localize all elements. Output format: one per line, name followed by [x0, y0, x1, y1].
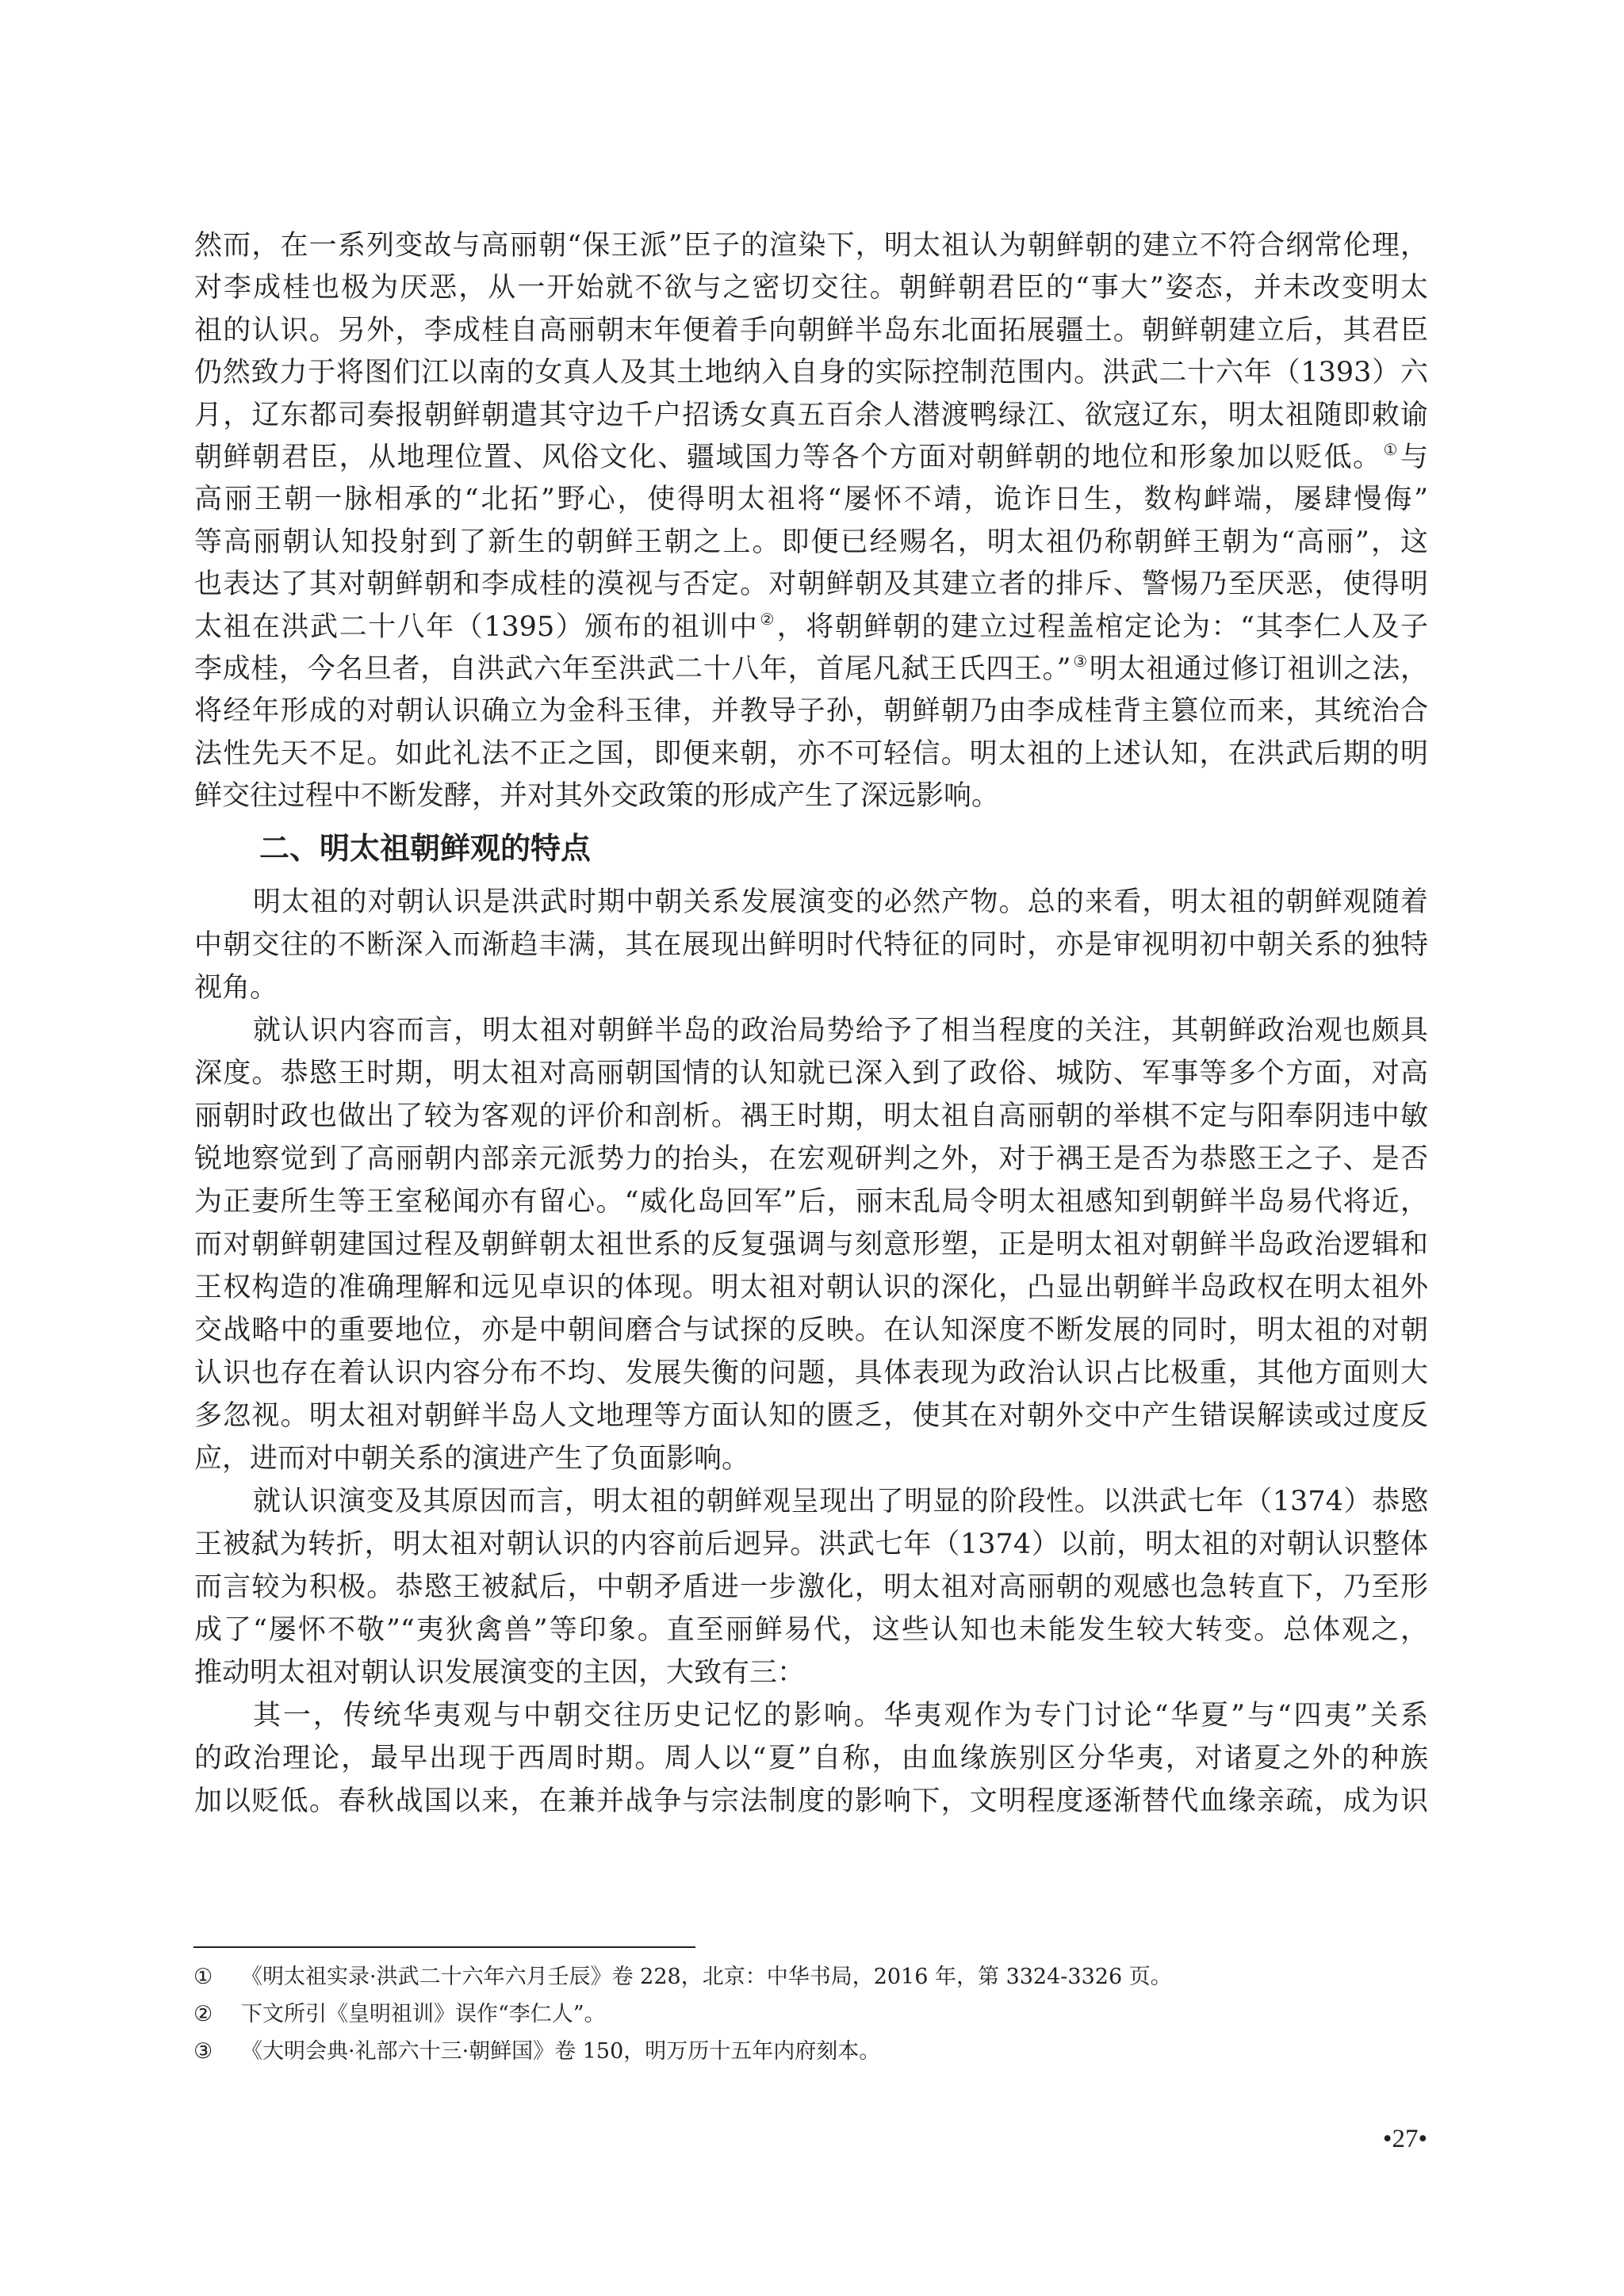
footnote-2: ② 下文所引《皇明祖训》误作“李仁人”。: [193, 1996, 1427, 2033]
footnote-text: 下文所引《皇明祖训》误作“李仁人”。: [241, 1996, 1427, 2033]
text-line: 朝鲜朝君臣，从地理位置、风俗文化、疆域国力等各个方面对朝鲜朝的地位和形象加以贬低…: [194, 437, 1428, 479]
paper-page: 然而，在一系列变故与高丽朝“保王派”臣子的渲染下，明太祖认为朝鲜朝的建立不符合纲…: [0, 0, 1624, 2296]
text-line: 也表达了其对朝鲜朝和李成桂的漠视与否定。对朝鲜朝及其建立者的排斥、警惕乃至厌恶，…: [194, 564, 1428, 606]
text-line: 认识也存在着认识内容分布不均、发展失衡的问题，具体表现为政治认识占比极重，其他方…: [194, 1352, 1428, 1395]
text-line: 锐地察觉到了高丽朝内部亲元派势力的抬头，在宏观研判之外，对于禑王是否为恭愍王之子…: [194, 1138, 1428, 1181]
text-segment: 朝鲜朝君臣，从地理位置、风俗文化、疆域国力等各个方面对朝鲜朝的地位和形象加以贬低…: [194, 442, 1382, 473]
text-line: 加以贬低。春秋战国以来，在兼并战争与宗法制度的影响下，文明程度逐渐替代血缘亲疏，…: [194, 1780, 1428, 1823]
text-line: 而对朝鲜朝建国过程及朝鲜朝太祖世系的反复强调与刻意形塑，正是明太祖对朝鲜半岛政治…: [194, 1223, 1428, 1266]
text-line: 仍然致力于将图们江以南的女真人及其土地纳入自身的实际控制范围内。洪武二十六年（1…: [194, 352, 1428, 394]
footnote-1: ① 《明太祖实录·洪武二十六年六月壬辰》卷 228，北京：中华书局，2016 年…: [193, 1958, 1427, 1996]
page-number: •27•: [1383, 2122, 1427, 2156]
text-line: 的政治理论，最早出现于西周时期。周人以“夏”自称，由血缘族别区分华夷，对诸夏之外…: [194, 1737, 1428, 1780]
footnote-marker: ③: [193, 2033, 241, 2070]
text-line: 为正妻所生等王室秘闻亦有留心。“威化岛回军”后，丽末乱局令明太祖感知到朝鲜半岛易…: [194, 1181, 1428, 1223]
footnote-ref-2[interactable]: ②: [760, 610, 775, 629]
text-line: 高丽王朝一脉相承的“北拓”野心，使得明太祖将“屡怀不靖，诡诈日生，数构衅端，屡肆…: [194, 479, 1428, 521]
body-text: 然而，在一系列变故与高丽朝“保王派”臣子的渲染下，明太祖认为朝鲜朝的建立不符合纲…: [194, 225, 1428, 1823]
text-line: 应，进而对中朝关系的演进产生了负面影响。: [194, 1437, 1428, 1480]
text-line: 就认识演变及其原因而言，明太祖的朝鲜观呈现出了明显的阶段性。以洪武七年（1374…: [194, 1480, 1428, 1523]
text-line: 然而，在一系列变故与高丽朝“保王派”臣子的渲染下，明太祖认为朝鲜朝的建立不符合纲…: [194, 225, 1428, 267]
text-line: 其一，传统华夷观与中朝交往历史记忆的影响。华夷观作为专门讨论“华夏”与“四夷”关…: [194, 1694, 1428, 1737]
text-line: 鲜交往过程中不断发酵，并对其外交政策的形成产生了深远影响。: [194, 775, 1428, 817]
paragraph: 明太祖的对朝认识是洪武时期中朝关系发展演变的必然产物。总的来看，明太祖的朝鲜观随…: [194, 881, 1428, 1009]
text-line: 而言较为积极。恭愍王被弑后，中朝矛盾进一步激化，明太祖对高丽朝的观感也急转直下，…: [194, 1566, 1428, 1609]
text-line: 将经年形成的对朝认识确立为金科玉律，并教导子孙，朝鲜朝乃由李成桂背主篡位而来，其…: [194, 691, 1428, 733]
paragraph: 其一，传统华夷观与中朝交往历史记忆的影响。华夷观作为专门讨论“华夏”与“四夷”关…: [194, 1694, 1428, 1823]
paragraph: 然而，在一系列变故与高丽朝“保王派”臣子的渲染下，明太祖认为朝鲜朝的建立不符合纲…: [194, 225, 1428, 817]
text-line: 推动明太祖对朝认识发展演变的主因，大致有三：: [194, 1651, 1428, 1694]
text-line: 深度。恭愍王时期，明太祖对高丽朝国情的认知就已深入到了政俗、城防、军事等多个方面…: [194, 1052, 1428, 1095]
paragraph: 就认识演变及其原因而言，明太祖的朝鲜观呈现出了明显的阶段性。以洪武七年（1374…: [194, 1480, 1428, 1694]
text-line: 明太祖的对朝认识是洪武时期中朝关系发展演变的必然产物。总的来看，明太祖的朝鲜观随…: [194, 881, 1428, 924]
text-segment: 与: [1400, 442, 1428, 473]
text-line: 太祖在洪武二十八年（1395）颁布的祖训中②，将朝鲜朝的建立过程盖棺定论为：“其…: [194, 607, 1428, 649]
text-line: 成了“屡怀不敬”“夷狄禽兽”等印象。直至丽鲜易代，这些认知也未能发生较大转变。总…: [194, 1609, 1428, 1651]
text-segment: ，将朝鲜朝的建立过程盖棺定论为：“其李仁人及子: [777, 611, 1428, 643]
footnote-3: ③ 《大明会典·礼部六十三·朝鲜国》卷 150，明万历十五年内府刻本。: [193, 2033, 1427, 2070]
text-line: 交战略中的重要地位，亦是中朝间磨合与试探的反映。在认知深度不断发展的同时，明太祖…: [194, 1309, 1428, 1352]
footnotes: ① 《明太祖实录·洪武二十六年六月壬辰》卷 228，北京：中华书局，2016 年…: [193, 1958, 1427, 2070]
text-segment: 太祖在洪武二十八年（1395）颁布的祖训中: [194, 611, 758, 643]
footnote-ref-1[interactable]: ①: [1384, 440, 1399, 459]
text-line: 多忽视。明太祖对朝鲜半岛人文地理等方面认知的匮乏，使其在对朝外交中产生错误解读或…: [194, 1395, 1428, 1437]
text-line: 对李成桂也极为厌恶，从一开始就不欲与之密切交往。朝鲜朝君臣的“事大”姿态，并未改…: [194, 267, 1428, 309]
text-line: 中朝交往的不断深入而渐趋丰满，其在展现出鲜明时代特征的同时，亦是审视明初中朝关系…: [194, 924, 1428, 966]
text-line: 就认识内容而言，明太祖对朝鲜半岛的政治局势给予了相当程度的关注，其朝鲜政治观也颇…: [194, 1009, 1428, 1052]
text-line: 丽朝时政也做出了较为客观的评价和剖析。禑王时期，明太祖自高丽朝的举棋不定与阳奉阴…: [194, 1095, 1428, 1138]
text-segment: 明太祖通过修订祖训之法，: [1090, 653, 1428, 685]
footnote-ref-3[interactable]: ③: [1073, 652, 1088, 671]
paragraph: 就认识内容而言，明太祖对朝鲜半岛的政治局势给予了相当程度的关注，其朝鲜政治观也颇…: [194, 1009, 1428, 1480]
text-line: 祖的认识。另外，李成桂自高丽朝末年便着手向朝鲜半岛东北面拓展疆土。朝鲜朝建立后，…: [194, 310, 1428, 352]
footnote-marker: ①: [193, 1958, 241, 1996]
text-line: 王权构造的准确理解和远见卓识的体现。明太祖对朝认识的深化，凸显出朝鲜半岛政权在明…: [194, 1266, 1428, 1309]
footnote-marker: ②: [193, 1996, 241, 2033]
text-line: 李成桂，今名旦者，自洪武六年至洪武二十八年，首尾凡弑王氏四王。”③明太祖通过修订…: [194, 649, 1428, 691]
text-line: 视角。: [194, 966, 1428, 1009]
text-line: 王被弑为转折，明太祖对朝认识的内容前后迥异。洪武七年（1374）以前，明太祖的对…: [194, 1523, 1428, 1566]
text-line: 月，辽东都司奏报朝鲜朝遣其守边千户招诱女真五百余人潜渡鸭绿江、欲寇辽东，明太祖随…: [194, 395, 1428, 437]
text-segment: 李成桂，今名旦者，自洪武六年至洪武二十八年，首尾凡弑王氏四王。”: [194, 653, 1071, 685]
footnote-text: 《明太祖实录·洪武二十六年六月壬辰》卷 228，北京：中华书局，2016 年，第…: [241, 1958, 1427, 1996]
text-line: 等高丽朝认知投射到了新生的朝鲜王朝之上。即便已经赐名，明太祖仍称朝鲜王朝为“高丽…: [194, 522, 1428, 564]
footnote-text: 《大明会典·礼部六十三·朝鲜国》卷 150，明万历十五年内府刻本。: [241, 2033, 1427, 2070]
footnote-divider: [193, 1946, 695, 1948]
text-line: 法性先天不足。如此礼法不正之国，即便来朝，亦不可轻信。明太祖的上述认知，在洪武后…: [194, 733, 1428, 775]
section-heading: 二、明太祖朝鲜观的特点: [194, 821, 1428, 876]
